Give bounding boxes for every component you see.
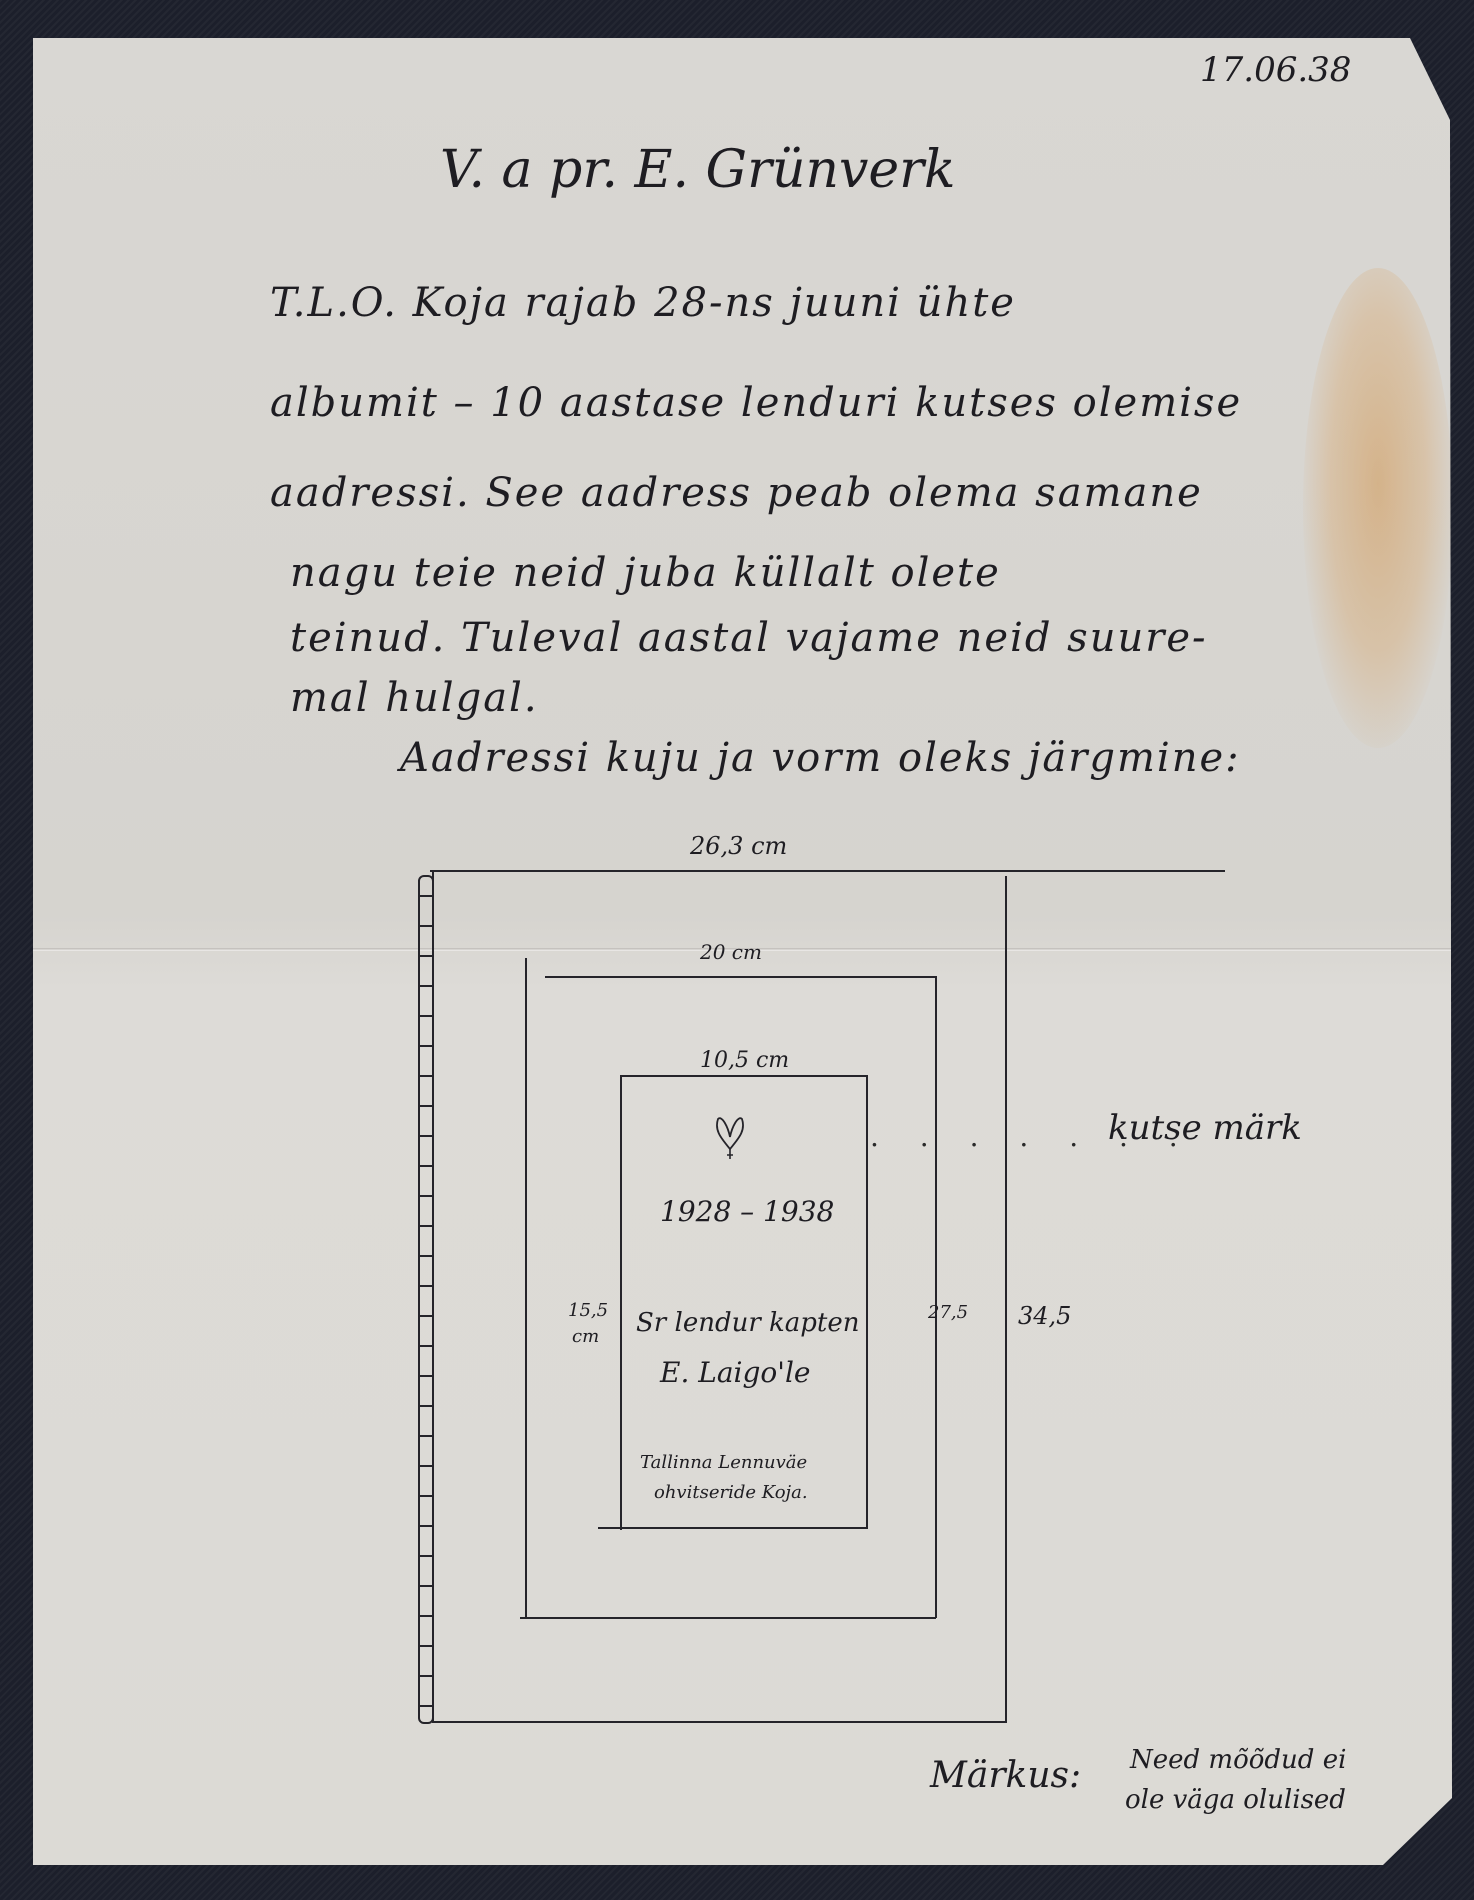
outer-frame-bottom [432, 1721, 1007, 1723]
middle-height-label: 27,5 [928, 1302, 968, 1323]
inner-width-label: 10,5 cm [700, 1048, 789, 1073]
note-line: Need mõõdud ei [1130, 1745, 1346, 1775]
body-line: albumit – 10 aastase lenduri kutses olem… [270, 380, 1242, 426]
card-years: 1928 – 1938 [660, 1195, 834, 1228]
body-line: Aadressi kuju ja vorm oleks järgmine: [400, 735, 1241, 781]
body-line: mal hulgal. [290, 675, 539, 721]
inner-frame-right [866, 1075, 868, 1527]
middle-frame-top [545, 976, 937, 978]
folded-corner [1393, 1788, 1474, 1865]
inner-frame-bottom [598, 1527, 868, 1529]
outer-frame-right [1005, 876, 1007, 1722]
inner-frame-top [620, 1075, 868, 1077]
body-line: nagu teie neid juba küllalt olete [290, 550, 1001, 596]
outer-height-label: 34,5 [1018, 1302, 1071, 1330]
card-dedication-line1: Sr lendur kapten [636, 1308, 860, 1338]
inner-height-label: 15,5 [568, 1300, 608, 1321]
note-line: ole väga olulised [1125, 1785, 1346, 1815]
binding-strip [418, 875, 434, 1724]
wings-heart-emblem-icon [700, 1105, 760, 1165]
card-dedication-line2: E. Laigo'le [660, 1356, 811, 1389]
water-stain [1303, 268, 1453, 748]
card-signature-line1: Tallinna Lennuväe [640, 1452, 807, 1473]
letter-date: 17.06.38 [1200, 50, 1351, 90]
emblem-label: kutse märk [1108, 1108, 1302, 1148]
card-signature-line2: ohvitseride Koja. [654, 1482, 808, 1503]
body-line: T.L.O. Koja rajab 28-ns juuni ühte [270, 280, 1016, 326]
body-line: aadressi. See aadress peab olema samane [270, 470, 1203, 516]
inner-height-unit: cm [572, 1326, 599, 1347]
middle-frame-right [935, 976, 937, 1618]
outer-width-label: 26,3 cm [690, 832, 787, 860]
body-line: teinud. Tuleval aastal vajame neid suure… [290, 615, 1208, 661]
outer-frame-top [430, 870, 1225, 872]
middle-frame-left [525, 958, 527, 1618]
note-label: Märkus: [930, 1755, 1081, 1796]
middle-frame-bottom [520, 1617, 936, 1619]
middle-width-label: 20 cm [700, 940, 762, 964]
inner-frame-left [620, 1075, 622, 1530]
letter-salutation: V. a pr. E. Grünverk [440, 140, 955, 200]
